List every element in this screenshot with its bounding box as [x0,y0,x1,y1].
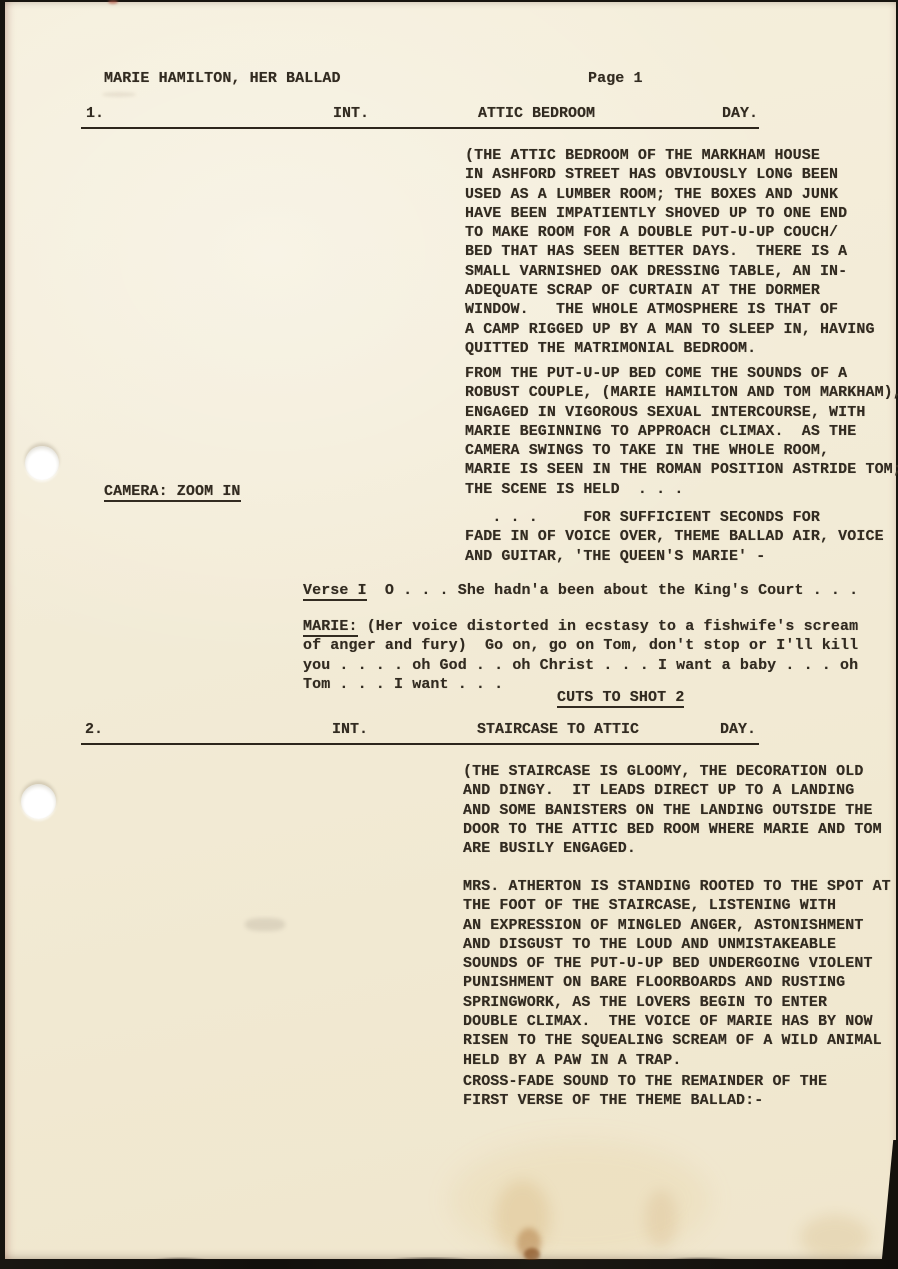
scanned-script-page: MARIE HAMILTON, HER BALLAD Page 1 1. INT… [0,0,898,1269]
page-number: Page 1 [588,69,643,88]
action-paragraph: CROSS-FADE SOUND TO THE REMAINDER OF THE… [463,1072,898,1111]
hole-punch-bottom [21,784,56,819]
scene-2-heading: 2. INT. STAIRCASE TO ATTIC DAY. [81,721,759,745]
action-paragraph: (THE ATTIC BEDROOM OF THE MARKHAM HOUSE … [465,146,898,358]
action-paragraph: FROM THE PUT-U-UP BED COME THE SOUNDS OF… [465,364,898,499]
action-paragraph: (THE STAIRCASE IS GLOOMY, THE DECORATION… [463,762,898,858]
verse-text: O . . . She hadn'a been about the King's… [367,582,858,599]
dialogue-text: (Her voice distorted in ecstasy to a fis… [303,618,858,693]
scene-number: 1. [86,105,104,122]
dialogue-marie: MARIE: (Her voice distorted in ecstasy t… [303,617,893,694]
verse-label: Verse I [303,582,367,601]
camera-note: CAMERA: ZOOM IN [104,482,241,501]
page-title: MARIE HAMILTON, HER BALLAD [104,69,341,88]
scene-location: STAIRCASE TO ATTIC [477,721,639,738]
scene-type: INT. [332,721,368,738]
action-paragraph: . . . FOR SUFFICIENT SECONDS FOR FADE IN… [465,508,898,566]
verse-line: Verse I O . . . She hadn'a been about th… [303,581,898,600]
hole-punch-top [25,446,59,480]
transition-cut: CUTS TO SHOT 2 [557,688,684,707]
scene-time: DAY. [720,721,756,738]
camera-note-label: CAMERA: ZOOM IN [104,483,241,502]
scene-time: DAY. [722,105,758,122]
transition-label: CUTS TO SHOT 2 [557,689,684,708]
character-name: MARIE: [303,618,358,637]
scene-type: INT. [333,105,369,122]
action-paragraph: MRS. ATHERTON IS STANDING ROOTED TO THE … [463,877,898,1070]
scene-location: ATTIC BEDROOM [478,105,595,122]
scene-1-heading: 1. INT. ATTIC BEDROOM DAY. [81,105,759,129]
scan-bottom-edge [0,1260,898,1269]
scene-number: 2. [85,721,103,738]
